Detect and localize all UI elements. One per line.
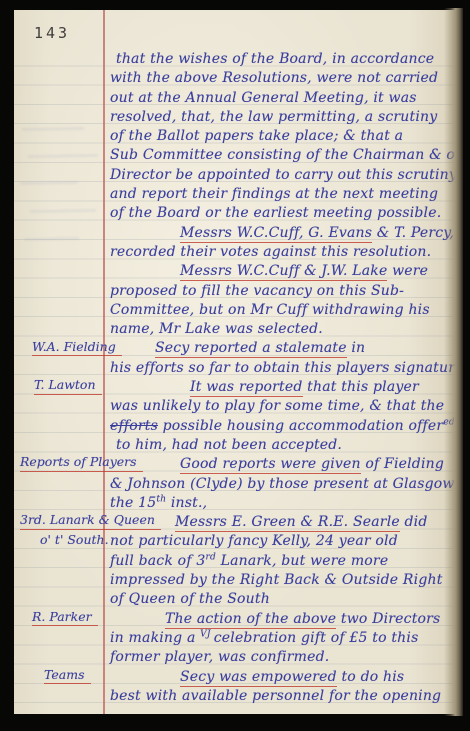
handwritten-line: proposed to fill the vacancy on this Sub… bbox=[110, 282, 460, 301]
red-underlined-phrase: Messrs E. Green & R.E. Searle bbox=[175, 514, 400, 532]
red-underlined-phrase: The action of the above bbox=[165, 611, 336, 629]
red-underlined-phrase: Messrs W.C.Cuff & J.W. Lake bbox=[180, 263, 387, 281]
text-segment: resolved, that, the law permitting, a sc… bbox=[110, 109, 437, 125]
scan-frame: { "colors": { "ink": "#3a3f9e", "margin_… bbox=[0, 0, 470, 731]
handwritten-line: Sub Committee consisting of the Chairman… bbox=[110, 146, 460, 165]
handwritten-line: resolved, that, the law permitting, a sc… bbox=[110, 108, 460, 127]
text-segment: name, Mr Lake was selected. bbox=[110, 321, 323, 337]
handwritten-line: out at the Annual General Meeting, it wa… bbox=[110, 89, 460, 108]
handwritten-line: and report their findings at the next me… bbox=[110, 185, 460, 204]
text-segment: of Queen of the South bbox=[110, 591, 270, 607]
handwritten-line: not particularly fancy Kelly, 24 year ol… bbox=[110, 532, 460, 551]
margin-note-label: o' t' South. bbox=[40, 532, 109, 547]
text-segment: proposed to fill the vacancy on this Sub… bbox=[110, 283, 404, 299]
show-through-mark bbox=[22, 127, 84, 130]
handwritten-line: The action of the above two Directors bbox=[110, 610, 460, 629]
text-segment: Sub Committee consisting of the Chairman… bbox=[110, 147, 462, 163]
handwritten-line: Messrs W.C.Cuff, G. Evans & T. Percy, bbox=[110, 224, 460, 243]
text-segment: in bbox=[347, 340, 366, 356]
text-segment: in making a bbox=[110, 630, 200, 646]
text-segment: Committee, but on Mr Cuff withdrawing hi… bbox=[110, 302, 430, 318]
handwritten-line: in making a VJ celebration gift of £5 to… bbox=[110, 629, 460, 648]
handwritten-line: & Johnson (Clyde) by those present at Gl… bbox=[110, 475, 460, 494]
handwritten-line: name, Mr Lake was selected. bbox=[110, 320, 460, 339]
handwritten-line: of the Board or the earliest meeting pos… bbox=[110, 204, 460, 223]
text-segment: & Johnson (Clyde) by those present at Gl… bbox=[110, 476, 462, 492]
minute-book-page: 143 W.A. FieldingT. LawtonReports of Pla… bbox=[14, 10, 462, 714]
handwritten-line: full back of 3rd Lanark, but were more bbox=[110, 552, 460, 571]
text-segment: celebration gift of £5 to this bbox=[214, 630, 419, 646]
text-segment: that this player bbox=[303, 379, 419, 395]
text-segment: of Fielding bbox=[361, 456, 444, 472]
margin-note-label: Teams bbox=[44, 667, 91, 685]
handwritten-line: Good reports were given of Fielding bbox=[110, 455, 460, 474]
text-segment: . bbox=[455, 418, 460, 434]
text-segment: rd bbox=[205, 552, 215, 562]
text-segment: Director be appointed to carry out this … bbox=[110, 167, 460, 183]
text-segment: not particularly fancy Kelly, 24 year ol… bbox=[110, 533, 398, 549]
show-through-mark bbox=[30, 209, 96, 212]
handwritten-line: impressed by the Right Back & Outside Ri… bbox=[110, 571, 460, 590]
text-segment: VJ bbox=[200, 629, 214, 639]
text-segment: and report their findings at the next me… bbox=[110, 186, 438, 202]
text-segment: two Directors bbox=[336, 611, 440, 627]
red-margin-rule bbox=[103, 10, 105, 714]
handwritten-line: of the Ballot papers take place; & that … bbox=[110, 127, 460, 146]
handwritten-line: Secy was empowered to do his bbox=[110, 668, 460, 687]
text-segment: & T. Percy, bbox=[372, 225, 454, 241]
text-segment: possible housing accommodation offer bbox=[158, 418, 443, 434]
handwritten-line: Secy reported a stalemate in bbox=[110, 339, 460, 358]
margin-note: T. Lawton bbox=[34, 377, 102, 392]
text-segment: best with available personnel for the op… bbox=[110, 688, 441, 704]
text-segment: was unlikely to play for some time, & th… bbox=[110, 398, 444, 414]
handwritten-line: his efforts so far to obtain this player… bbox=[110, 359, 460, 378]
handwritten-line: that the wishes of the Board, in accorda… bbox=[110, 50, 460, 69]
handwritten-line: of Queen of the South bbox=[110, 590, 460, 609]
page-number-stamp: 143 bbox=[34, 24, 70, 42]
margin-note: o' t' South. bbox=[40, 532, 109, 547]
handwritten-line: It was reported that this player bbox=[110, 378, 460, 397]
handwritten-line: to him, had not been accepted. bbox=[110, 436, 460, 455]
text-segment: did bbox=[400, 514, 428, 530]
show-through-mark bbox=[28, 154, 98, 157]
red-underlined-phrase: It was reported bbox=[190, 379, 303, 397]
text-segment: impressed by the Right Back & Outside Ri… bbox=[110, 572, 443, 588]
margin-note-label: T. Lawton bbox=[34, 377, 102, 395]
handwritten-line: recorded their votes against this resolu… bbox=[110, 243, 460, 262]
red-underlined-phrase: Good reports were given bbox=[180, 456, 361, 474]
text-segment: that the wishes of the Board, in accorda… bbox=[116, 51, 434, 67]
text-segment: to do his bbox=[337, 669, 404, 685]
margin-note: W.A. Fielding bbox=[32, 339, 122, 354]
margin-note-label: R. Parker bbox=[32, 609, 98, 627]
handwritten-line: former player, was confirmed. bbox=[110, 648, 460, 667]
text-segment: with the above Resolutions, were not car… bbox=[110, 70, 438, 86]
margin-note-label: W.A. Fielding bbox=[32, 339, 122, 357]
margin-note: Teams bbox=[44, 667, 91, 682]
handwritten-line: Committee, but on Mr Cuff withdrawing hi… bbox=[110, 301, 460, 320]
handwritten-line: Messrs E. Green & R.E. Searle did bbox=[110, 513, 460, 532]
handwritten-line: with the above Resolutions, were not car… bbox=[110, 69, 460, 88]
handwritten-line: was unlikely to play for some time, & th… bbox=[110, 397, 460, 416]
text-segment: to him, had not been accepted. bbox=[116, 437, 342, 453]
text-segment: full back of 3 bbox=[110, 553, 205, 569]
handwritten-line: Messrs W.C.Cuff & J.W. Lake were bbox=[110, 262, 460, 281]
handwritten-line: the 15th inst., bbox=[110, 494, 460, 513]
handwritten-line: Director be appointed to carry out this … bbox=[110, 166, 460, 185]
handwritten-line: efforts possible housing accommodation o… bbox=[110, 417, 460, 436]
margin-note: R. Parker bbox=[32, 609, 98, 624]
red-underlined-phrase: Messrs W.C.Cuff, G. Evans bbox=[180, 225, 372, 243]
show-through-mark bbox=[20, 181, 78, 184]
body-text-column: that the wishes of the Board, in accorda… bbox=[110, 50, 460, 706]
text-segment: were bbox=[387, 263, 428, 279]
text-segment: of the Ballot papers take place; & that … bbox=[110, 128, 403, 144]
text-segment: efforts bbox=[110, 418, 158, 434]
red-underlined-phrase: Secy was empowered bbox=[180, 669, 337, 687]
text-segment: of the Board or the earliest meeting pos… bbox=[110, 205, 441, 221]
text-segment: the 15 bbox=[110, 495, 156, 511]
text-segment: recorded their votes against this resolu… bbox=[110, 244, 431, 260]
text-segment: th bbox=[156, 494, 166, 504]
text-segment: former player, was confirmed. bbox=[110, 649, 329, 665]
handwritten-line: best with available personnel for the op… bbox=[110, 687, 460, 706]
text-segment: inst., bbox=[166, 495, 207, 511]
text-segment: Lanark, but were more bbox=[216, 553, 388, 569]
text-segment: ed bbox=[443, 417, 455, 427]
red-underlined-phrase: Secy reported a stalemate bbox=[155, 340, 347, 358]
text-segment: out at the Annual General Meeting, it wa… bbox=[110, 90, 417, 106]
text-segment: his efforts so far to obtain this player… bbox=[110, 360, 462, 376]
show-through-mark bbox=[24, 238, 79, 241]
